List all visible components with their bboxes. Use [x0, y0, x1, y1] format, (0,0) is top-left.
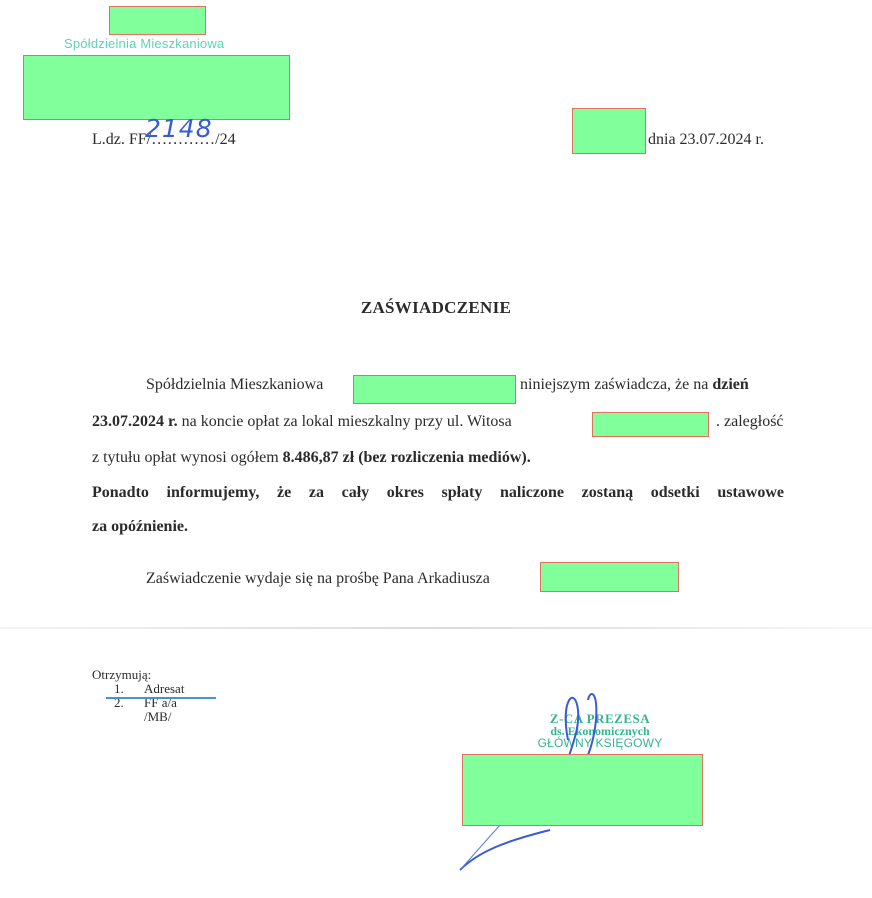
body-line-2-text: na koncie opłat za lokal mieszkalny przy… [178, 413, 512, 430]
letterhead-org-name: Spółdzielnia Mieszkaniowa [64, 36, 224, 51]
document-date: dnia 23.07.2024 r. [648, 131, 764, 149]
recipient-item: 1.Adresat [92, 682, 184, 696]
document-title: ZAŚWIADCZENIE [0, 298, 872, 318]
body-line-4: Ponadto informujemy, że za cały okres sp… [92, 476, 784, 510]
reference-suffix: /24 [215, 131, 235, 148]
recipient-name: Adresat [144, 681, 184, 696]
request-line: Zaświadczenie wydaje się na prośbę Pana … [146, 562, 490, 596]
body-line-1b-text: niniejszym zaświadcza, że na [520, 376, 712, 393]
handwritten-reference-number: 2148 [145, 114, 213, 143]
handwritten-underline [106, 697, 216, 699]
redacted-signatory-name [462, 754, 703, 826]
body-line-3-text: z tytułu opłat wynosi ogółem [92, 449, 283, 466]
official-stamp: Z-CA PREZESA ds. Ekonomicznych GŁÓWNY KS… [500, 712, 700, 750]
recipients-block: Otrzymują: 1.Adresat 2.FF a/a /MB/ [92, 668, 184, 724]
recipients-label: Otrzymują: [92, 668, 184, 682]
redacted-city [572, 108, 646, 154]
redacted-cooperative-name [353, 375, 516, 404]
arrears-amount: 8.486,87 zł (bez rozliczenia mediów). [283, 449, 531, 466]
recipient-number: 1. [114, 682, 124, 696]
redacted-logo [109, 6, 206, 35]
body-line-1b: niniejszym zaświadcza, że na dzień [520, 368, 749, 402]
stamp-line-3: GŁÓWNY KSIĘGOWY [500, 737, 700, 750]
redacted-address-number [592, 412, 709, 437]
body-line-2: 23.07.2024 r. na koncie opłat za lokal m… [92, 405, 512, 439]
recipients-list: 1.Adresat 2.FF a/a [92, 682, 184, 710]
redacted-requester-surname [540, 562, 679, 592]
body-line-3: z tytułu opłat wynosi ogółem 8.486,87 zł… [92, 441, 531, 475]
scan-artifact-line [0, 627, 872, 629]
redacted-org-address [23, 55, 290, 120]
body-line-1b-bold: dzień [712, 376, 748, 393]
author-initials: /MB/ [92, 710, 184, 724]
reference-prefix: L.dz. FF/ [92, 131, 151, 148]
body-line-2b: . zaległość [716, 405, 784, 439]
body-line-5: za opóźnienie. [92, 510, 188, 544]
reference-number: L.dz. FF/…………/24 2148 [92, 131, 236, 149]
body-line-2-date: 23.07.2024 r. [92, 413, 178, 430]
body-line-1a: Spółdzielnia Mieszkaniowa [146, 368, 323, 402]
